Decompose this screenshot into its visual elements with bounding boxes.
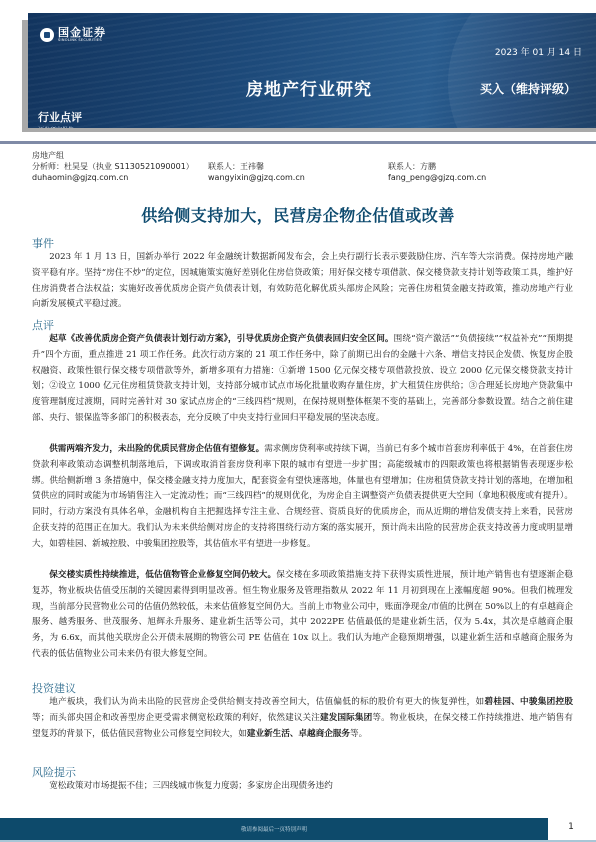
footer-disclaimer[interactable]: 敬请参阅最后一页特别声明 — [0, 825, 548, 833]
author-block: 房地产组 分析师：杜昊旻（执业 S1130521090001） 联系人：王祎馨 … — [32, 150, 486, 183]
analyst-email[interactable]: duhaomin@gjzq.com.cn — [32, 172, 208, 183]
report-headline: 供给侧支持加大，民营房企物企估值或改善 — [0, 203, 596, 226]
section-heading-event: 事件 — [32, 235, 54, 251]
investment-pick-2: 建发国际集团 — [320, 713, 372, 723]
comment-3-lead: 保交楼实质性持续推进，低估值物管企业修复空间仍较大。 — [49, 570, 276, 580]
comment-paragraph-3: 保交楼实质性持续推进，低估值物管企业修复空间仍较大。保交楼在多项政策措施支持下获… — [32, 568, 573, 663]
report-date: 2023 年 01 月 14 日 — [495, 45, 582, 58]
page-number: 1 — [556, 822, 586, 832]
investment-text-4: 等。 — [350, 729, 367, 739]
section-heading-comment: 点评 — [32, 317, 54, 333]
section-heading-investment: 投资建议 — [32, 680, 76, 696]
report-subtype: 证券研究报告 — [38, 125, 74, 128]
comment-paragraph-2: 供需两端齐发力，未出险的优质民营房企估值有望修复。需求侧房贷利率或持续下调，当前… — [32, 442, 573, 553]
section-heading-risk: 风险提示 — [32, 764, 76, 780]
investment-text-1: 地产板块，我们认为尚未出险的民营房企受供给侧支持改善空间大，估值偏低的标的股价有… — [49, 697, 484, 707]
contact2-email[interactable]: fang_peng@gjzq.com.cn — [388, 172, 486, 183]
header-banner: 国金证券 SINOLINK SECURITIES 2023 年 01 月 14 … — [28, 13, 596, 128]
research-group: 房地产组 — [32, 150, 64, 161]
logo-name-en: SINOLINK SECURITIES — [58, 39, 106, 43]
logo-name-cn: 国金证券 — [58, 27, 106, 38]
company-logo: 国金证券 SINOLINK SECURITIES — [40, 27, 106, 43]
contact1-email[interactable]: wangyixin@gjzq.com.cn — [208, 172, 388, 183]
rating-badge: 买入（维持评级） — [480, 80, 576, 97]
comment-3-body: 保交楼在多项政策措施支持下获得实质性进展，预计地产销售也有望逐渐企稳复苏，物业板… — [32, 570, 573, 659]
comment-2-body: 需求侧房贷利率或持续下调，当前已有多个城市首套房利率低于 4%，在首套住房贷款利… — [32, 444, 573, 549]
banner-highlight — [448, 13, 596, 128]
comment-paragraph-1: 起草《改善优质房企资产负债表计划行动方案》，引导优质房企资产负债表回归安全区间。… — [32, 332, 573, 427]
investment-pick-1: 碧桂园、中骏集团控股 — [484, 697, 573, 707]
investment-text-2: 等；而头部央国企和改善型房企更受需求侧宽松政策的利好，依然建议关注 — [32, 713, 320, 723]
sinolink-logo-icon — [40, 28, 54, 42]
investment-pick-3: 建业新生活、卓越商企服务 — [247, 729, 350, 739]
contact1-name: 联系人：王祎馨 — [208, 161, 388, 172]
comment-1-body: 围绕“资产激活”“负债接续”“权益补充”“预期提升”四个方面，重点推进 21 项… — [32, 334, 573, 423]
report-title: 房地产行业研究 — [246, 75, 372, 100]
event-paragraph: 2023 年 1 月 13 日，国新办举行 2022 年金融统计数据新闻发布会，… — [32, 250, 573, 313]
risk-paragraph: 宽松政策对市场提振不佳；三四线城市恢复力度弱；多家房企出现债务违约 — [32, 779, 573, 795]
report-type: 行业点评 — [38, 109, 82, 125]
investment-paragraph: 地产板块，我们认为尚未出险的民营房企受供给侧支持改善空间大，估值偏低的标的股价有… — [32, 695, 573, 742]
analyst-name: 分析师：杜昊旻（执业 S1130521090001） — [32, 161, 208, 172]
comment-1-lead: 起草《改善优质房企资产负债表计划行动方案》，引导优质房企资产负债表回归安全区间。 — [49, 334, 393, 344]
comment-2-lead: 供需两端齐发力，未出险的优质民营房企估值有望修复。 — [49, 444, 264, 454]
header-divider — [0, 141, 596, 144]
contact2-name: 联系人：方鹏 — [388, 161, 436, 172]
